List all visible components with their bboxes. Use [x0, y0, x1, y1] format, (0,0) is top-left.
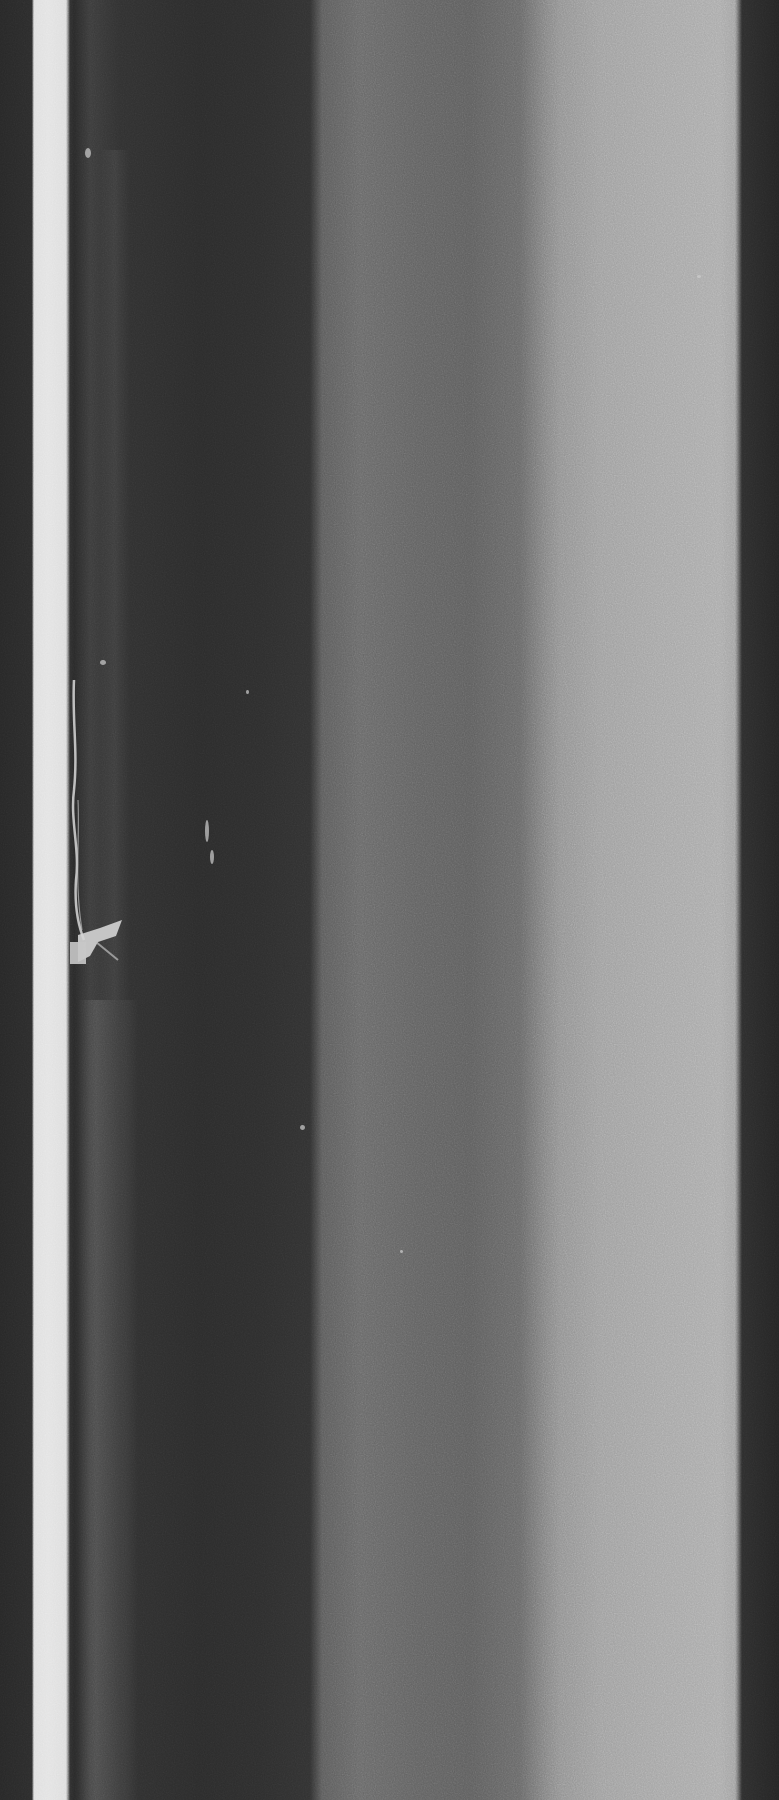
photograph — [0, 0, 779, 1800]
dust-speck — [100, 660, 106, 665]
dust-speck — [400, 1250, 403, 1253]
dust-speck — [697, 275, 701, 278]
fibrous-attachment — [60, 680, 150, 1050]
dust-speck — [300, 1125, 305, 1130]
dust-speck — [85, 148, 91, 158]
dust-speck — [210, 850, 214, 864]
dust-speck — [246, 690, 249, 694]
dust-speck — [205, 820, 209, 842]
